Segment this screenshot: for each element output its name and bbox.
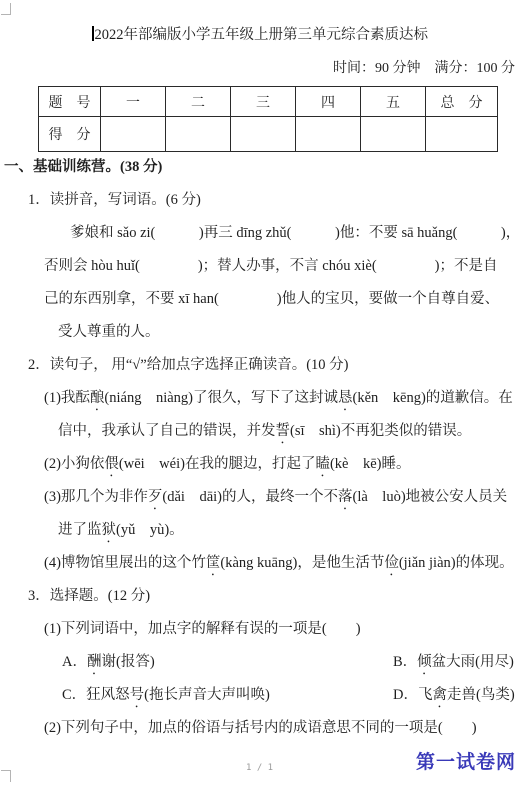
score-row-label-cell: 得 分 <box>39 117 101 152</box>
text-line: (3)那几个为非作歹(dǎi dāi)的人，最终一个不落(là luò)地被公安… <box>0 481 520 514</box>
text-line: 受人尊重的人。 <box>0 316 520 349</box>
exam-body: 一、基础训练营。(38 分)1．读拼音，写词语。(6 分)爹娘和 sǎo zi(… <box>0 151 520 745</box>
emphasis-dot-char: 禽 <box>432 687 447 703</box>
text-line: 己的东西别拿，不要 xī han( )他人的宝贝，要做一个自尊自爱、 <box>0 283 520 316</box>
text-line: 否则会 hòu huǐ( )；替人办事，不言 chóu xiè( )；不是自 <box>0 250 520 283</box>
score-table-header-cell: 四 <box>296 87 361 117</box>
score-table-header-cell: 五 <box>361 87 426 117</box>
score-table-header-cell: 三 <box>231 87 296 117</box>
section-heading: 一、基础训练营。(38 分) <box>0 151 520 184</box>
option-item: B．倾盆大雨(用尽) <box>393 646 514 679</box>
emphasis-dot-char: 倾 <box>417 654 432 670</box>
document-page: 2022年部编版小学五年级上册第三单元综合素质达标 时间：90 分钟 满分：10… <box>0 0 520 786</box>
exam-meta: 时间：90 分钟 满分：100 分 <box>0 57 515 77</box>
text-line: (1)下列词语中，加点字的解释有误的一项是( ) <box>0 613 520 646</box>
page-title: 2022年部编版小学五年级上册第三单元综合素质达标 <box>0 23 520 44</box>
page-title-text: 2022年部编版小学五年级上册第三单元综合素质达标 <box>95 27 429 43</box>
score-input-cell[interactable] <box>166 117 231 152</box>
text-line: (4)博物馆里展出的这个竹筐(kàng kuāng)，是他生活节俭(jiǎn j… <box>0 547 520 580</box>
emphasis-dot-char: 落 <box>338 489 353 505</box>
emphasis-dot-char: 狱 <box>102 522 117 538</box>
option-item: C．狂风怒号(拖长声音大声叫唤) <box>62 687 270 703</box>
score-table-header-cell: 一 <box>101 87 166 117</box>
text-line: 爹娘和 sǎo zi( )再三 dīng zhǔ( )他：不要 sā huǎng… <box>0 217 520 250</box>
page-corner-mark-top-left-icon <box>1 3 11 15</box>
question-heading: 3．选择题。(12 分) <box>0 580 520 613</box>
emphasis-dot-char: 誓 <box>276 423 291 439</box>
text-line: (2)小狗依偎(wēi wéi)在我的腿边，打起了瞌(kè kē)睡。 <box>0 448 520 481</box>
text-line: (1)我酝酿(niáng niàng)了很久，写下了这封诚恳(kěn kēng)… <box>0 382 520 415</box>
option-pair: A．酬谢(报答)B．倾盆大雨(用尽) <box>0 646 520 679</box>
option-item: D．飞禽走兽(鸟类) <box>393 679 515 712</box>
score-table-label-cell: 题 号 <box>39 87 101 117</box>
page-indicator: 1 / 1 <box>246 763 273 773</box>
text-line: 进了监狱(yǔ yù)。 <box>0 514 520 547</box>
score-input-cell[interactable] <box>361 117 426 152</box>
text-line: (2)下列句子中，加点的俗语与括号内的成语意思不同的一项是( ) <box>0 712 520 745</box>
score-input-cell[interactable] <box>231 117 296 152</box>
emphasis-dot-char: 瞌 <box>315 456 330 472</box>
score-input-cell[interactable] <box>426 117 498 152</box>
score-input-cell[interactable] <box>101 117 166 152</box>
emphasis-dot-char: 俭 <box>384 555 399 571</box>
page-footer: 1 / 1 第一试卷网 <box>0 745 520 786</box>
text-line: 信中，我承认了自己的错误，并发誓(sī shì)不再犯类似的错误。 <box>0 415 520 448</box>
emphasis-dot-char: 筐 <box>206 555 221 571</box>
emphasis-dot-char: 恳 <box>338 390 353 406</box>
emphasis-dot-char: 歹 <box>148 489 163 505</box>
emphasis-dot-char: 号 <box>130 687 145 703</box>
text-cursor-icon <box>92 26 94 41</box>
emphasis-dot-char: 偎 <box>104 456 119 472</box>
score-table: 题 号一二三四五总 分得 分 <box>38 86 498 152</box>
score-table-header-cell: 总 分 <box>426 87 498 117</box>
score-table-header-cell: 二 <box>166 87 231 117</box>
score-input-cell[interactable] <box>296 117 361 152</box>
question-heading: 1．读拼音，写词语。(6 分) <box>0 184 520 217</box>
option-item: A．酬谢(报答) <box>62 654 155 670</box>
option-pair: C．狂风怒号(拖长声音大声叫唤)D．飞禽走兽(鸟类) <box>0 679 520 712</box>
site-brand-link[interactable]: 第一试卷网 <box>416 747 516 774</box>
emphasis-dot-char: 酬 <box>87 654 102 670</box>
emphasis-dot-char: 酿 <box>90 390 105 406</box>
question-heading: 2．读句子， 用“√”给加点字选择正确读音。(10 分) <box>0 349 520 382</box>
